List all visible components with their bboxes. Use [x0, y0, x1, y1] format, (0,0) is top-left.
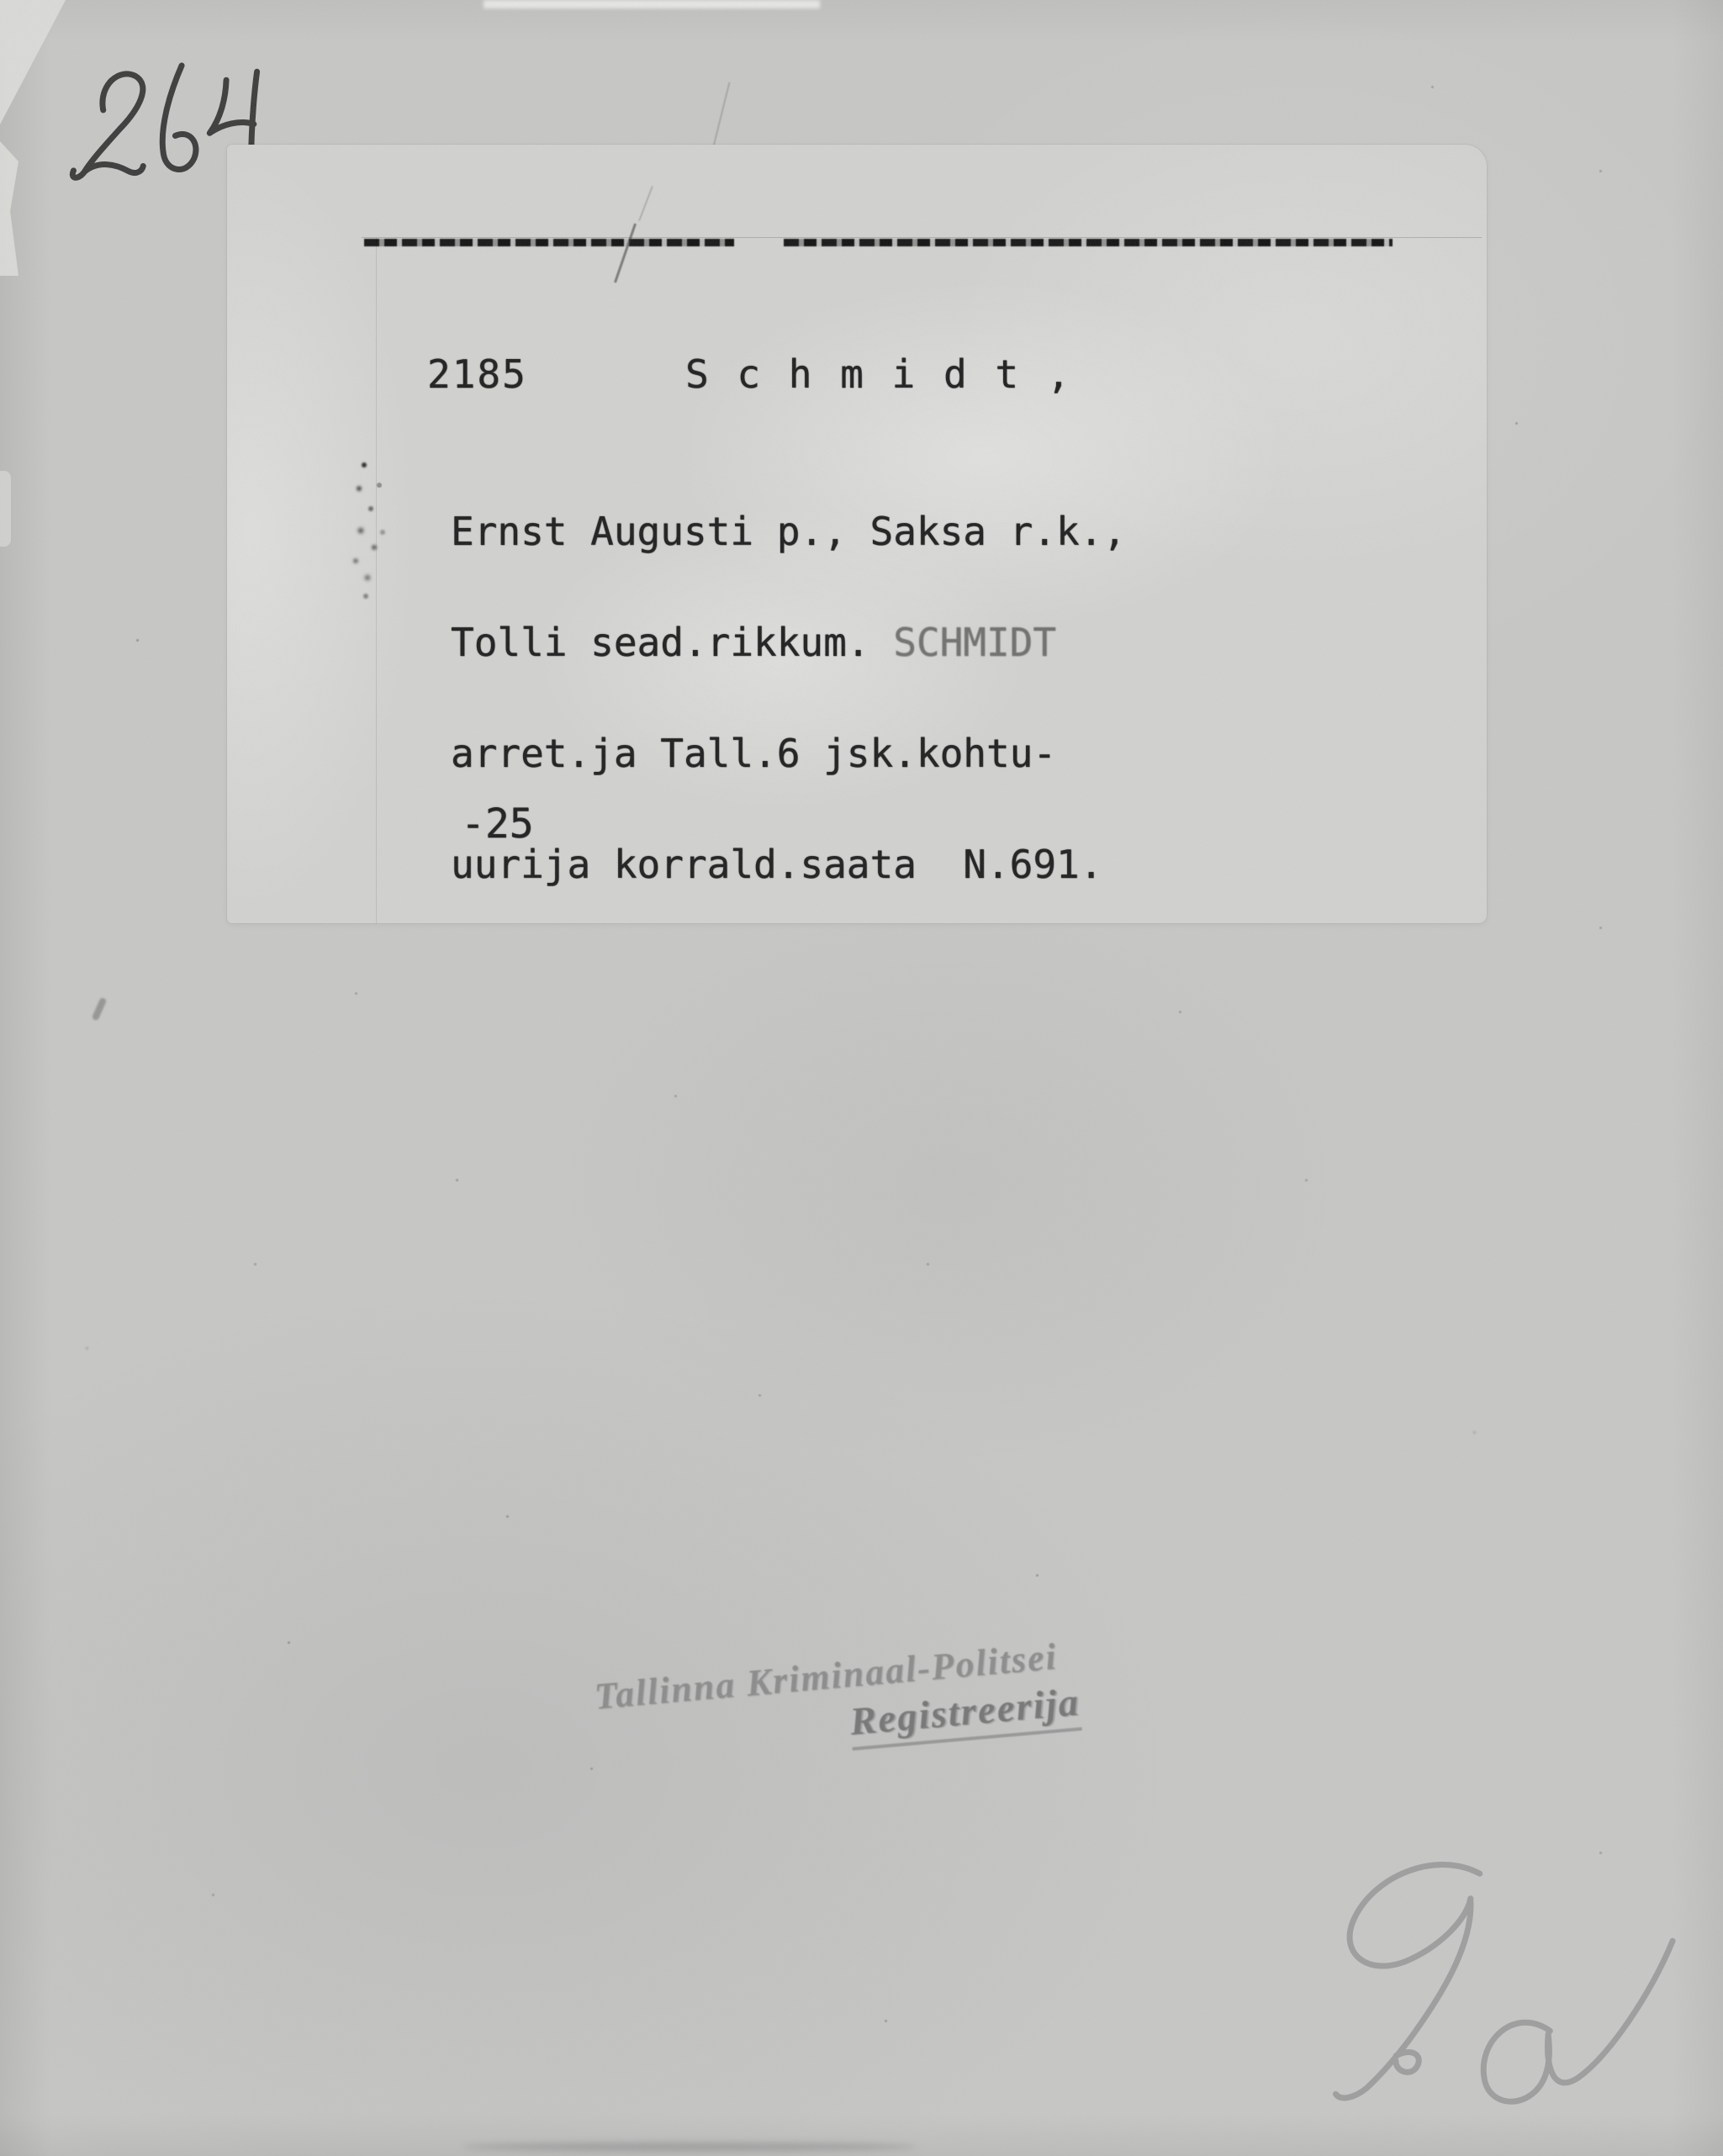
typed-line-3: arret.ja Tall.6 jsk.kohtu-: [451, 735, 1126, 772]
typed-line-2-start: Tolli sead.rikkum.: [451, 620, 893, 665]
digit-6-stroke: [158, 65, 197, 170]
paper-tear-left-small: [0, 471, 11, 547]
card-top-ink-line-right: [784, 239, 1393, 246]
card-top-edge-line: [362, 237, 1482, 238]
paper-top-edge-highlight: [484, 0, 820, 8]
photo-index-card: 2185 S c h m i d t , Ernst Augusti p., S…: [227, 145, 1487, 923]
registration-stamp: Tallinna Kriminaal-Politsei Registreerij…: [593, 1633, 1082, 1773]
typed-line-1: Ernst Augusti p., Saksa r.k.,: [451, 513, 1126, 550]
stamp-line-2: Registreerija: [848, 1679, 1082, 1751]
paper-mark: [92, 997, 108, 1022]
paper-tear-left-edge: [0, 141, 18, 276]
digit-2-stroke: [67, 73, 147, 178]
card-scratch-mark: [614, 224, 637, 283]
typed-body-text: Ernst Augusti p., Saksa r.k., Tolli sead…: [451, 439, 1126, 957]
signature-a-bowl-stroke: [1483, 2021, 1551, 2103]
signature-tail-stroke: [1546, 1937, 1673, 2086]
signature-kink-stroke: [1395, 2052, 1419, 2073]
stamp-line-1: Tallinna Kriminaal-Politsei: [593, 1633, 1077, 1718]
typed-line-2: Tolli sead.rikkum. SCHMIDT: [451, 624, 1126, 661]
typed-line-4: uurija korrald.saata N.691.: [451, 846, 1126, 883]
card-left-edge-line: [376, 238, 377, 923]
stamp-line-2-wrap: Registreerija: [848, 1679, 1082, 1751]
scanned-archive-page: { "document": { "page_number": "264", "c…: [0, 0, 1723, 2156]
typed-surname: S c h m i d t ,: [685, 351, 1072, 397]
typed-register-number: 2185: [427, 351, 527, 397]
paper-speckles: [0, 0, 3, 3]
typed-year-mark: -25: [461, 801, 534, 848]
card-scratch-mark-faint: [638, 186, 653, 221]
paper-bottom-edge-shadow: [462, 2143, 917, 2151]
card-top-ink-line-left: [364, 239, 734, 246]
card-left-edge-blotch: [355, 457, 360, 462]
signature-scribble: [1295, 1847, 1699, 2130]
typed-line-2-faint: SCHMIDT: [893, 620, 1056, 665]
